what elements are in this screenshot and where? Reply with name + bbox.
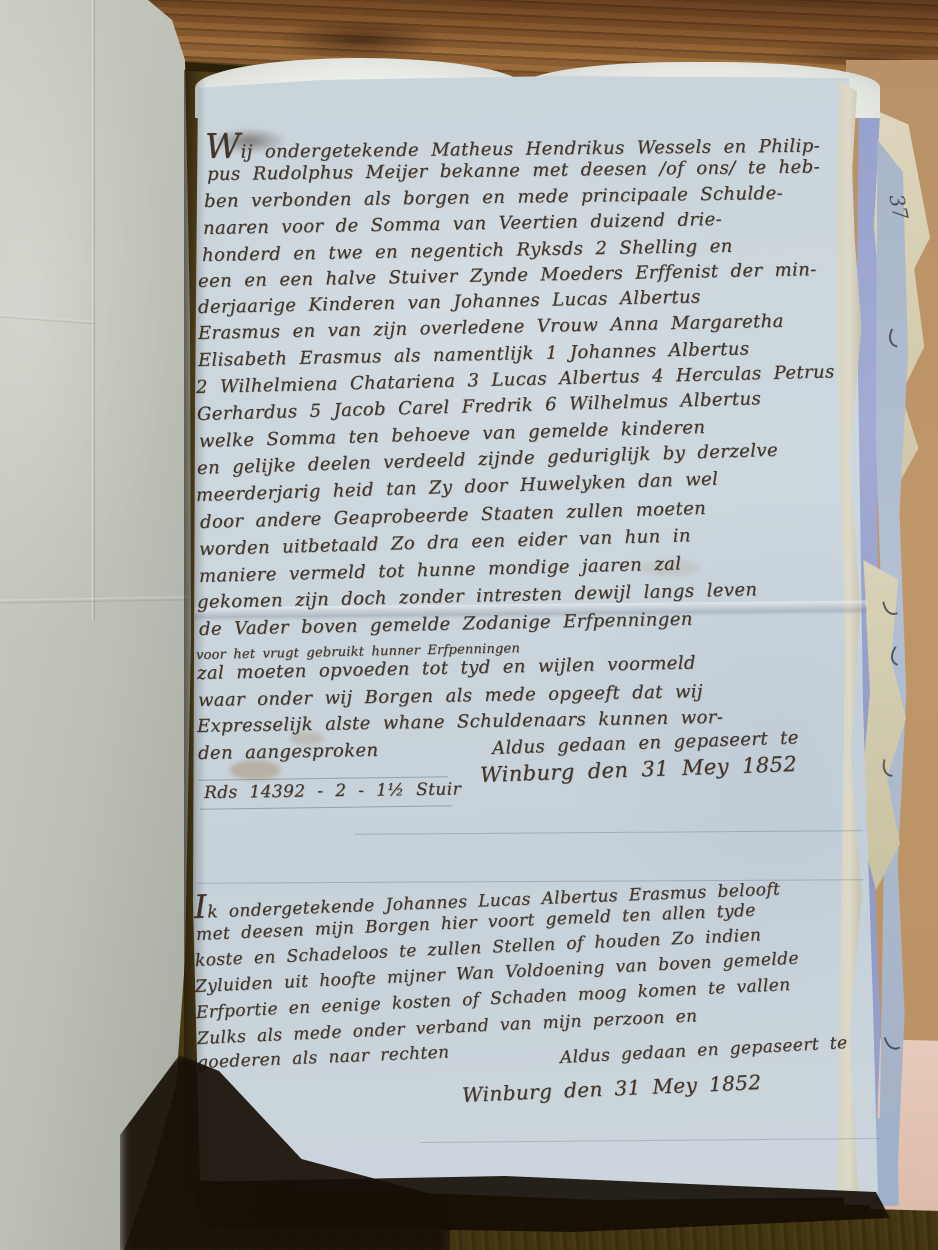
archive-photo: 37 Wij ondergetekende Matheus Hendrikus …	[0, 0, 938, 1250]
gutter-shadow	[184, 70, 206, 1190]
left-blank-page	[0, 0, 192, 1250]
fold-crease	[92, 0, 95, 620]
manuscript-line: den aangesproken	[198, 740, 379, 764]
amount-note: Rds 14392 - 2 - 1½ Stuir	[204, 779, 461, 803]
underpage-ink-fragment: 37	[884, 192, 913, 222]
